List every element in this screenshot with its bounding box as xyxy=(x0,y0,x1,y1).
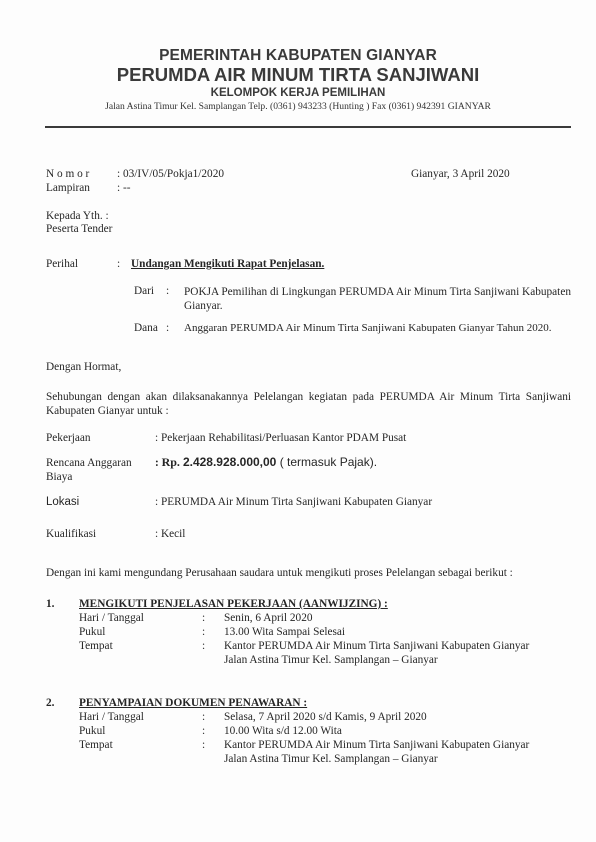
section-1-row-value: 13.00 Wita Sampai Selesai xyxy=(224,626,345,638)
section-1-title: MENGIKUTI PENJELASAN PEKERJAAN (AANWIJZI… xyxy=(79,598,388,610)
section-2-row-colon: : xyxy=(202,711,205,723)
dana-colon: : xyxy=(166,322,169,334)
section-1-row-value-2: Jalan Astina Timur Kel. Samplangan – Gia… xyxy=(224,654,438,666)
letterhead-divider xyxy=(45,126,571,128)
letterhead-company: PERUMDA AIR MINUM TIRTA SANJIWANI xyxy=(0,64,596,86)
section-1-row-label: Pukul xyxy=(79,626,105,638)
dari-label: Dari xyxy=(134,285,154,297)
lampiran-label: Lampiran xyxy=(46,182,90,194)
detail-value-rab: : Rp. 2.428.928.000,00 ( termasuk Pajak)… xyxy=(155,455,377,470)
section-2-title: PENYAMPAIAN DOKUMEN PENAWARAN : xyxy=(79,697,307,709)
section-2-row-label: Tempat xyxy=(79,739,113,751)
letterhead-address: Jalan Astina Timur Kel. Samplangan Telp.… xyxy=(0,101,596,112)
subject-value: Undangan Mengikuti Rapat Penjelasan. xyxy=(131,258,324,270)
detail-label-rab: Rencana Anggaran xyxy=(46,457,132,469)
section-2-row-value: Selasa, 7 April 2020 s/d Kamis, 9 April … xyxy=(224,711,427,723)
section-1-row-label: Tempat xyxy=(79,640,113,652)
intro-paragraph: Sehubungan dengan akan dilaksanakannya P… xyxy=(46,390,571,418)
salutation: Dengan Hormat, xyxy=(46,361,121,373)
recipient-name: Peserta Tender xyxy=(46,223,112,235)
section-2-row-value: Kantor PERUMDA Air Minum Tirta Sanjiwani… xyxy=(224,739,529,751)
rab-amount: 2.428.928.000,00 xyxy=(183,455,276,469)
detail-label-rab-2: Biaya xyxy=(46,471,72,483)
rab-prefix: : xyxy=(155,457,162,469)
section-1-row-colon: : xyxy=(202,612,205,624)
rab-currency: Rp. xyxy=(162,455,183,469)
section-2-row-label: Pukul xyxy=(79,725,105,737)
section-2-row-label: Hari / Tanggal xyxy=(79,711,144,723)
dari-value: POKJA Pemilihan di Lingkungan PERUMDA Ai… xyxy=(184,285,571,313)
letterhead-unit: KELOMPOK KERJA PEMILIHAN xyxy=(0,87,596,99)
dana-label: Dana xyxy=(134,322,158,334)
section-1-row-value: Kantor PERUMDA Air Minum Tirta Sanjiwani… xyxy=(224,640,529,652)
section-2-row-value-2: Jalan Astina Timur Kel. Samplangan – Gia… xyxy=(224,753,438,765)
section-2-row-colon: : xyxy=(202,725,205,737)
nomor-label: N o m o r xyxy=(46,168,89,180)
section-1-row-colon: : xyxy=(202,640,205,652)
section-2-row-value: 10.00 Wita s/d 12.00 Wita xyxy=(224,725,342,737)
nomor-value: : 03/IV/05/Pokja1/2020 xyxy=(117,168,224,180)
section-1-number: 1. xyxy=(46,598,54,610)
section-2-row-colon: : xyxy=(202,739,205,751)
dana-value: Anggaran PERUMDA Air Minum Tirta Sanjiwa… xyxy=(184,322,552,334)
section-1-row-value: Senin, 6 April 2020 xyxy=(224,612,313,624)
invitation-paragraph: Dengan ini kami mengundang Perusahaan sa… xyxy=(46,567,513,579)
detail-value-pekerjaan: : Pekerjaan Rehabilitasi/Perluasan Kanto… xyxy=(155,432,406,444)
section-1-row-colon: : xyxy=(202,626,205,638)
detail-label-kualifikasi: Kualifikasi xyxy=(46,528,96,540)
detail-value-kualifikasi: : Kecil xyxy=(155,528,185,540)
detail-value-lokasi: : PERUMDA Air Minum Tirta Sanjiwani Kabu… xyxy=(155,496,432,508)
section-2-number: 2. xyxy=(46,697,54,709)
detail-label-pekerjaan: Pekerjaan xyxy=(46,432,91,444)
place-date: Gianyar, 3 April 2020 xyxy=(411,168,510,180)
detail-label-lokasi: Lokasi xyxy=(46,496,79,508)
subject-label: Perihal xyxy=(46,258,78,270)
lampiran-value: : -- xyxy=(117,182,131,194)
section-1-row-label: Hari / Tanggal xyxy=(79,612,144,624)
dari-colon: : xyxy=(166,285,169,297)
recipient-salutation: Kepada Yth. : xyxy=(46,210,109,222)
letterhead-government: PEMERINTAH KABUPATEN GIANYAR xyxy=(0,47,596,65)
rab-suffix: ( termasuk Pajak). xyxy=(276,455,377,469)
subject-colon: : xyxy=(117,258,120,270)
